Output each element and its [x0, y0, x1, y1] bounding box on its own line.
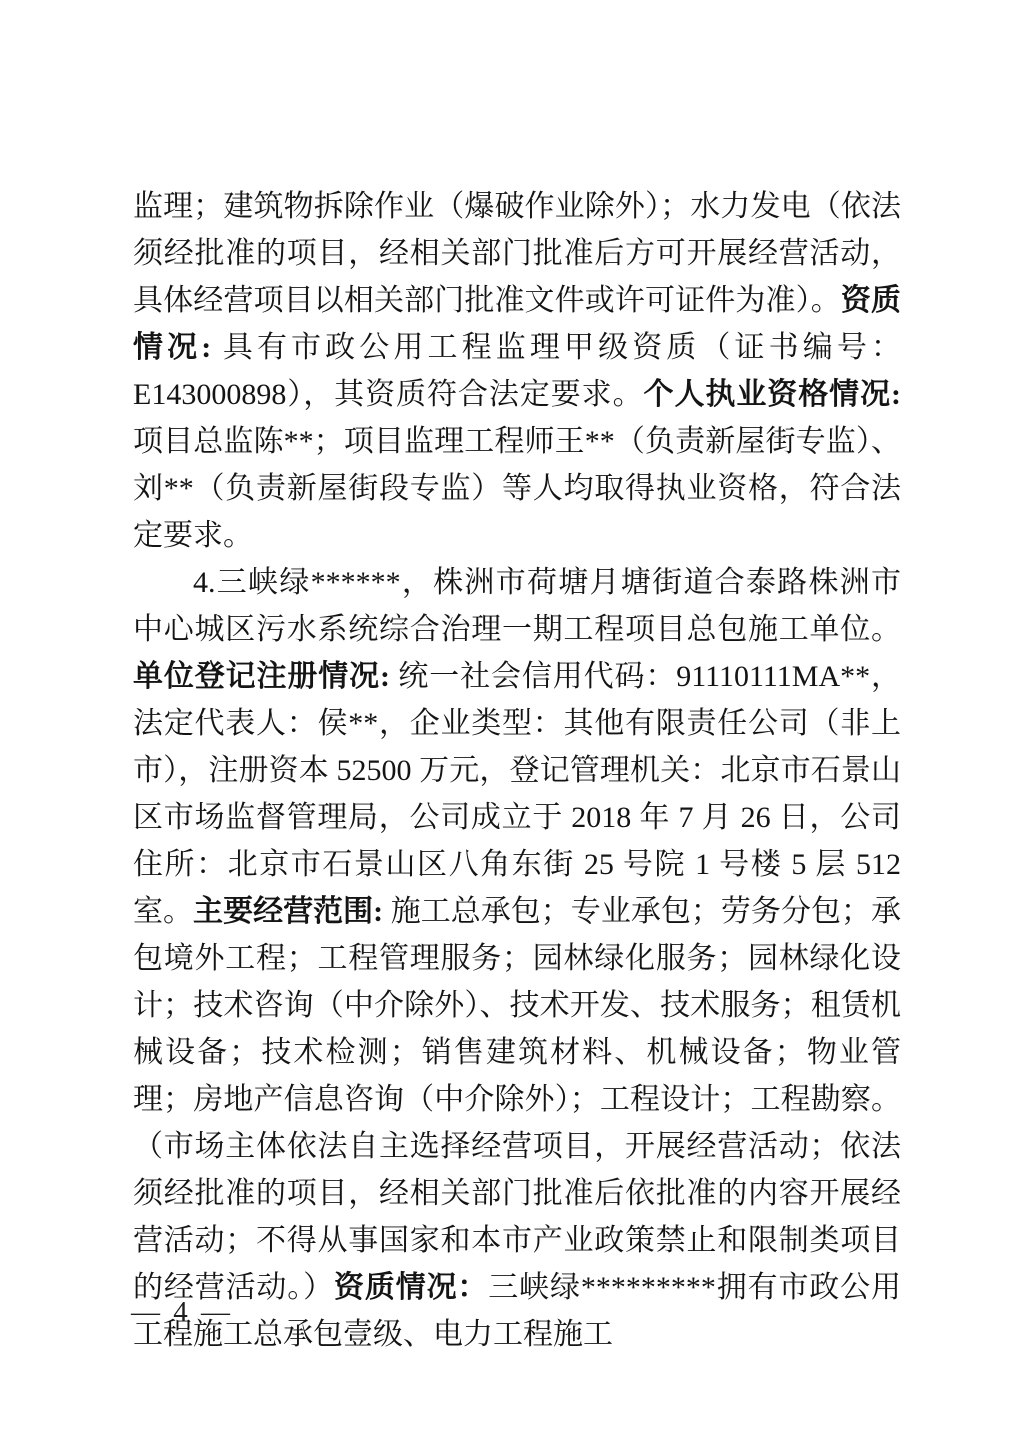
text-run: 4.三峡绿******，株洲市荷塘月塘街道合泰路株洲市中心城区污水系统综合治理一…	[133, 566, 901, 646]
paragraph: 监理；建筑物拆除作业（爆破作业除外）；水力发电（依法须经批准的项目，经相关部门批…	[133, 183, 901, 559]
bold-heading: 主要经营范围:	[193, 895, 383, 928]
text-run: 项目总监陈**；项目监理工程师王**（负责新屋街专监）、刘**（负责新屋街段专监…	[133, 425, 901, 552]
page-number: — 4 —	[131, 1296, 233, 1329]
text-run: 监理；建筑物拆除作业（爆破作业除外）；水力发电（依法须经批准的项目，经相关部门批…	[133, 190, 901, 317]
document-page: 监理；建筑物拆除作业（爆破作业除外）；水力发电（依法须经批准的项目，经相关部门批…	[0, 0, 1024, 1448]
paragraph: 4.三峡绿******，株洲市荷塘月塘街道合泰路株洲市中心城区污水系统综合治理一…	[133, 559, 901, 1358]
bold-heading: 资质情况：	[334, 1271, 488, 1304]
document-body: 监理；建筑物拆除作业（爆破作业除外）；水力发电（依法须经批准的项目，经相关部门批…	[133, 183, 901, 1358]
bold-heading: 个人执业资格情况:	[644, 378, 901, 411]
text-run: 施工总承包；专业承包；劳务分包；承包境外工程；工程管理服务；园林绿化服务；园林绿…	[133, 895, 901, 1304]
text-run: 统一社会信用代码：91110111MA**，法定代表人：侯**，企业类型：其他有…	[133, 660, 901, 928]
bold-heading: 单位登记注册情况:	[133, 660, 390, 693]
